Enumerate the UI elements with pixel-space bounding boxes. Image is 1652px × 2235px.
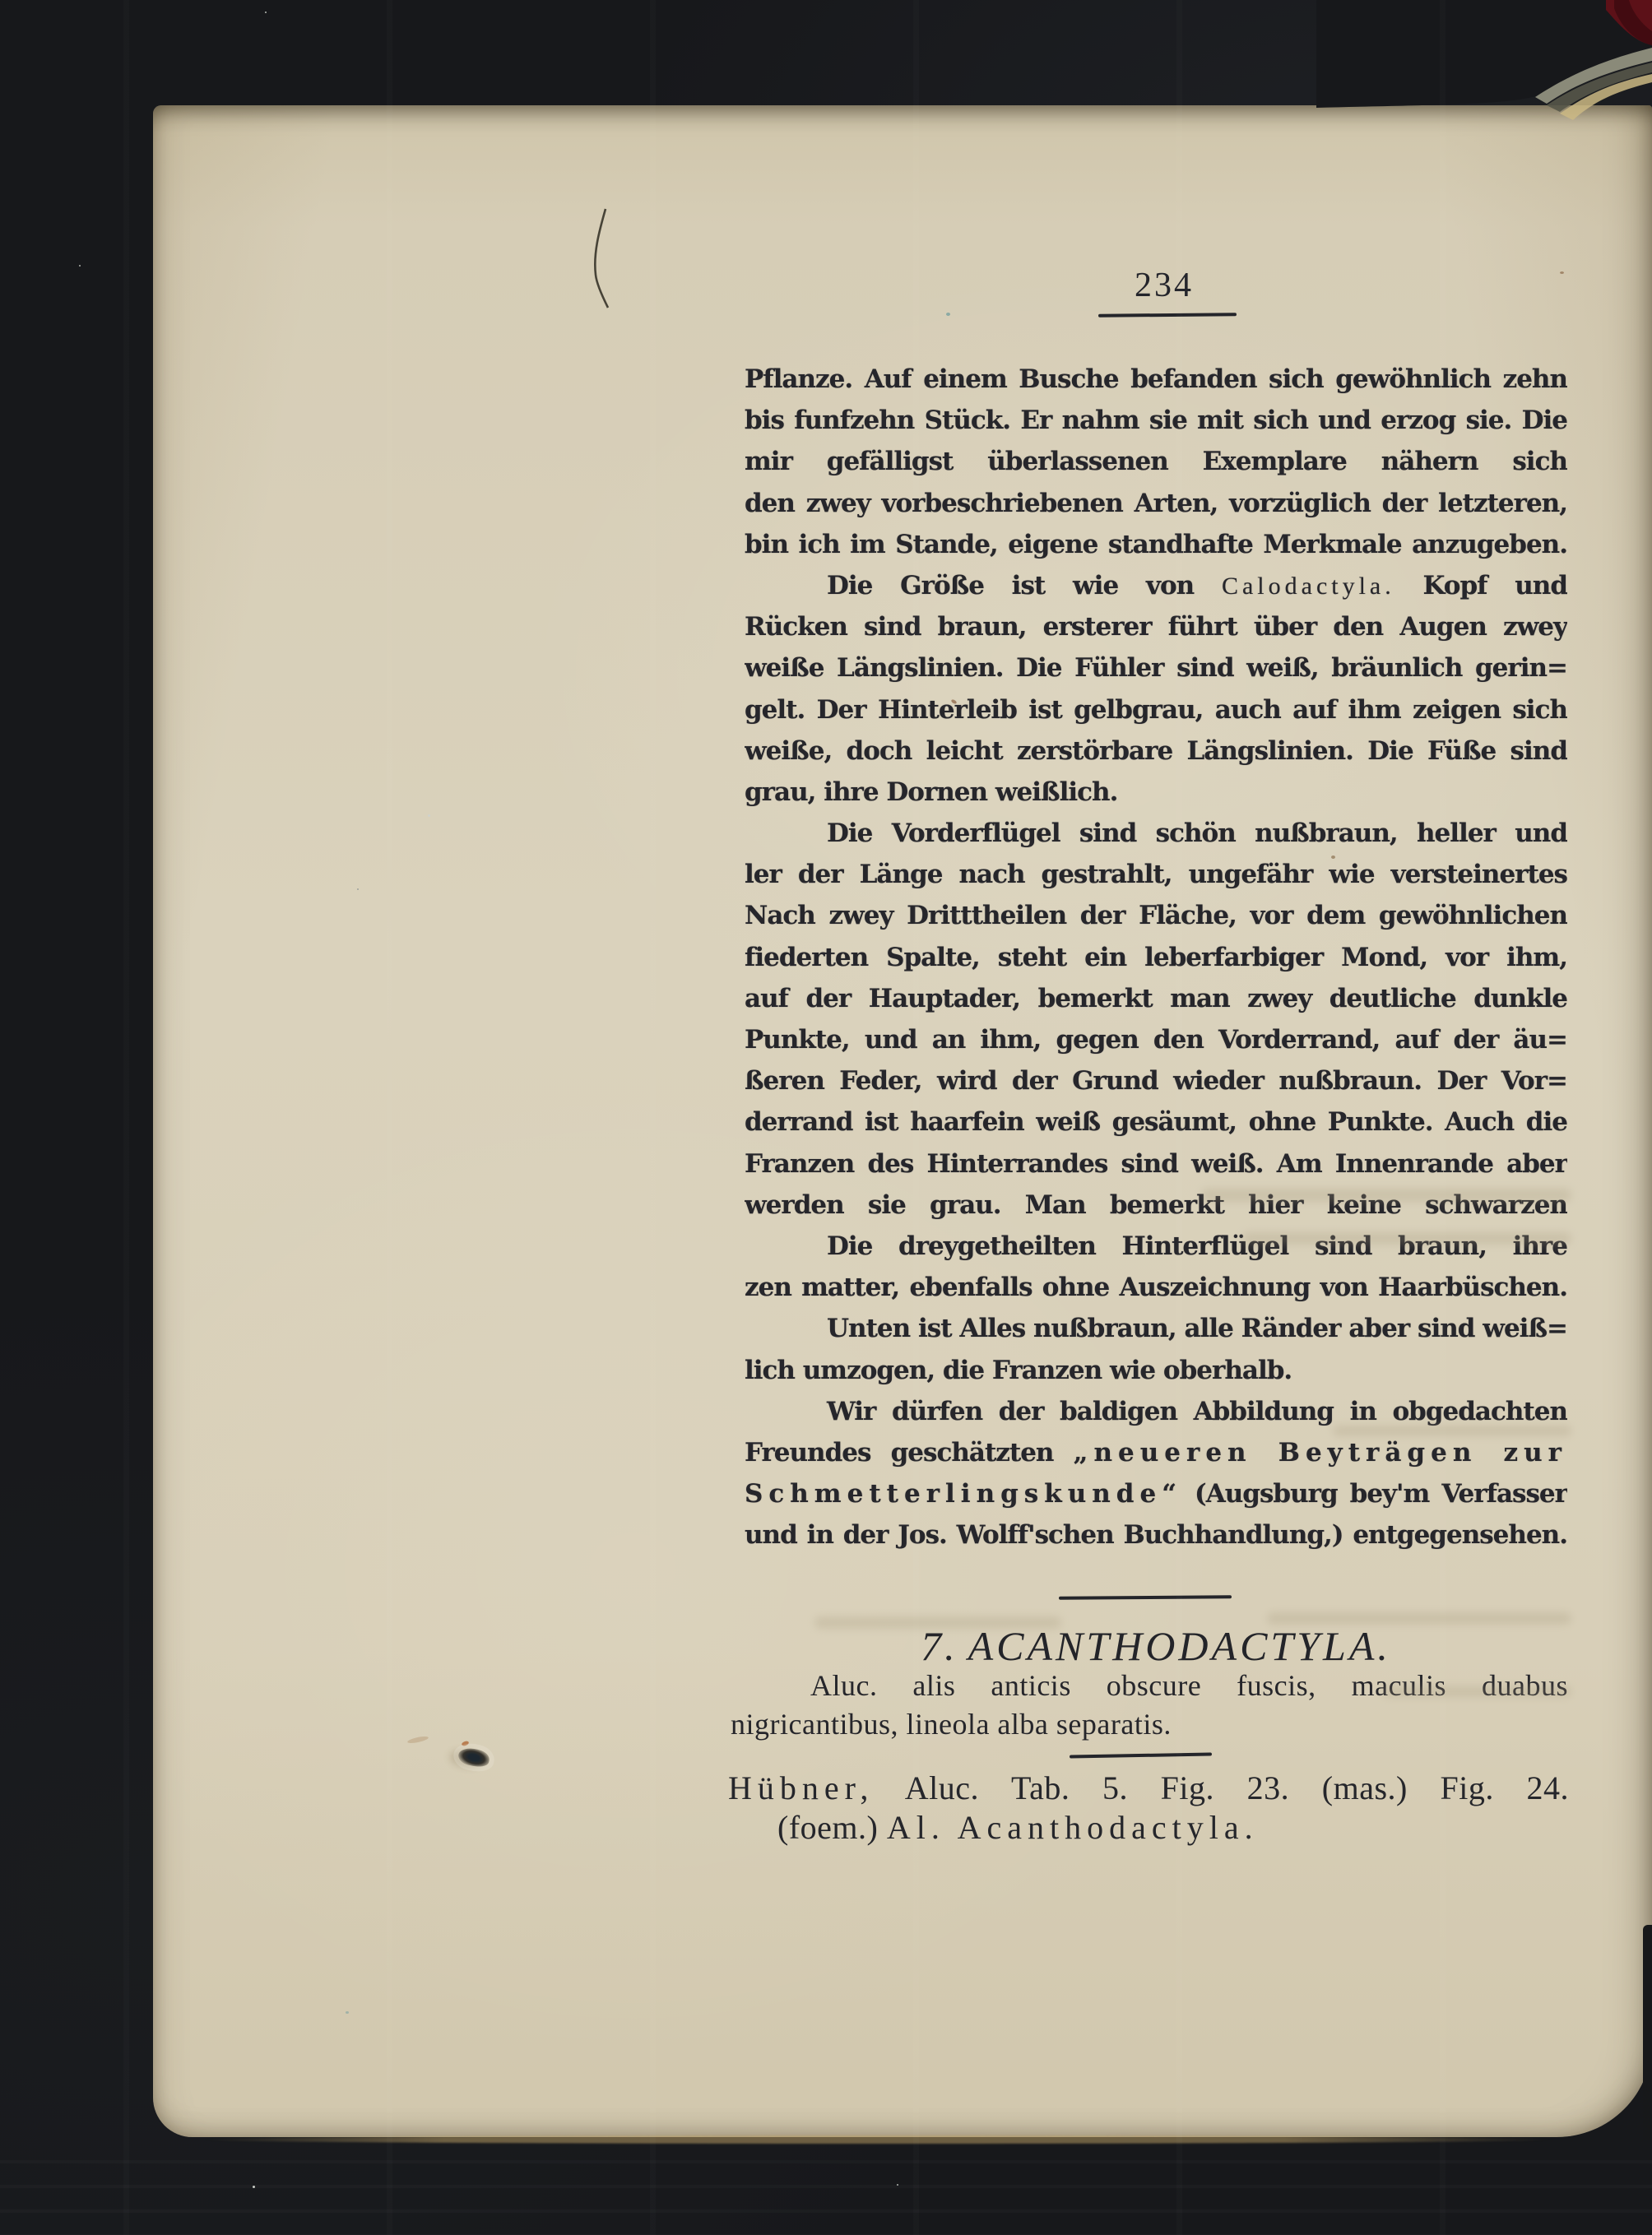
scanner-streaks-bottom (0, 2139, 1652, 2235)
text-line: Rücken sind braun, ersterer führt über d… (745, 606, 1567, 647)
dust-speck (897, 2184, 898, 2186)
page-number: 234 (1082, 268, 1246, 303)
citation-block: Hübner, Aluc. Tab. 5. Fig. 23. (mas.) Fi… (728, 1769, 1569, 1848)
citation-segment: Aluc. Tab. 5. Fig. 23. (mas.) Fig. 24. (874, 1769, 1569, 1806)
text-line: lich umzogen, die Franzen wie oberhalb. (745, 1350, 1567, 1391)
page-curl-shadow (1547, 63, 1652, 112)
letterspaced-title-segment: Schmetterlingskunde“ (745, 1479, 1182, 1509)
dark-border-curve (1316, 0, 1652, 108)
text-line: Pflanze. Auf einem Busche befanden sich … (745, 359, 1567, 400)
binding-red-shadow (1614, 0, 1652, 45)
text-segment: Die Größe ist wie von (827, 571, 1222, 600)
text-line: auf der Hauptader, bemerkt man zwey deut… (745, 978, 1567, 1019)
text-line: den zwey vorbeschriebenen Arten, vorzügl… (745, 483, 1567, 524)
text-line: und in der Jos. Wolff'schen Buchhandlung… (745, 1514, 1567, 1556)
latin-line: nigricantibus, lineola alba separatis. (731, 1705, 1568, 1744)
text-line: Die dreygetheilten Hinterflügel sind bra… (745, 1226, 1567, 1267)
body-text: Pflanze. Auf einem Busche befanden sich … (745, 359, 1567, 1556)
text-line: bin ich im Stande, eigene standhafte Mer… (745, 524, 1567, 565)
text-line: mir gefälligst überlassenen Exemplare nä… (745, 441, 1567, 482)
text-segment: Kopf und (1395, 571, 1567, 600)
text-line: Punkte, und an ihm, gegen den Vorderrand… (745, 1019, 1567, 1060)
book-page: 234 Pflanze. Auf einem Busche befanden s… (153, 105, 1652, 2137)
letterspaced-title-segment: „neueren Beyträgen zur (1074, 1438, 1567, 1468)
text-line: ler der Länge nach gestrahlt, ungefähr w… (745, 854, 1567, 895)
text-line: Unten ist Alles nußbraun, alle Ränder ab… (745, 1308, 1567, 1349)
section-heading: 7.ACANTHODACTYLA. (745, 1621, 1567, 1672)
text-line: Schmetterlingskunde“ (Augsburg bey'm Ver… (745, 1473, 1567, 1514)
dust-speck (253, 2186, 255, 2188)
species-name-emphasis: Calodactyla. (1222, 573, 1395, 600)
citation-line: (foem.) Al. Acanthodactyla. (728, 1808, 1569, 1848)
text-line: Wir dürfen der baldigen Abbildung in obg… (745, 1391, 1567, 1432)
section-divider-rule (1059, 1595, 1232, 1599)
text-line: werden sie grau. Man bemerkt hier keine … (745, 1185, 1567, 1226)
text-line: weiße, doch leicht zerstörbare Längslini… (745, 730, 1567, 772)
citation-divider-rule (1070, 1752, 1212, 1758)
text-line: Die Größe ist wie von Calodactyla. Kopf … (745, 565, 1567, 606)
text-line: bis funfzehn Stück. Er nahm sie mit sich… (745, 400, 1567, 441)
text-line: derrand ist haarfein weiß gesäumt, ohne … (745, 1101, 1567, 1143)
text-line: gelt. Der Hinterleib ist gelbgrau, auch … (745, 689, 1567, 730)
text-segment: Freundes geschätzten (745, 1438, 1074, 1468)
text-segment: (Augsburg bey'm Verfasser (1182, 1479, 1567, 1509)
binding-red-patch (1606, 0, 1652, 45)
text-line: Die Vorderflügel sind schön nußbraun, he… (745, 813, 1567, 854)
text-line: Nach zwey Dritttheilen der Fläche, vor d… (745, 895, 1567, 936)
text-line: Franzen des Hinterrandes sind weiß. Am I… (745, 1143, 1567, 1185)
page-curl-highlight (1535, 48, 1652, 104)
section-title: ACANTHODACTYLA. (968, 1623, 1391, 1669)
text-line: fiederten Spalte, steht ein leberfarbige… (745, 937, 1567, 978)
latin-diagnosis: Aluc. alis anticis obscure fuscis, macul… (731, 1667, 1568, 1744)
text-line: weiße Längslinien. Die Fühler sind weiß,… (745, 647, 1567, 689)
text-line: zen matter, ebenfalls ohne Auszeichnung … (745, 1267, 1567, 1308)
citation-line: Hübner, Aluc. Tab. 5. Fig. 23. (mas.) Fi… (728, 1769, 1569, 1808)
text-line: grau, ihre Dornen weißlich. (745, 772, 1567, 813)
section-number: 7. (921, 1623, 958, 1669)
text-line: Freundes geschätzten „neueren Beyträgen … (745, 1432, 1567, 1473)
dust-speck (265, 12, 267, 13)
text-line: ßeren Feder, wird der Grund wieder nußbr… (745, 1060, 1567, 1101)
right-edge-shadow (1643, 1925, 1652, 2140)
citation-segment: (foem.) (777, 1809, 887, 1846)
scan-background: 234 Pflanze. Auf einem Busche befanden s… (0, 0, 1652, 2235)
author-name: Hübner, (728, 1769, 874, 1806)
page-number-rule (1098, 313, 1237, 317)
dust-speck (79, 265, 81, 267)
latin-line: Aluc. alis anticis obscure fuscis, macul… (731, 1667, 1568, 1705)
species-name: Al. Acanthodactyla. (887, 1809, 1259, 1846)
